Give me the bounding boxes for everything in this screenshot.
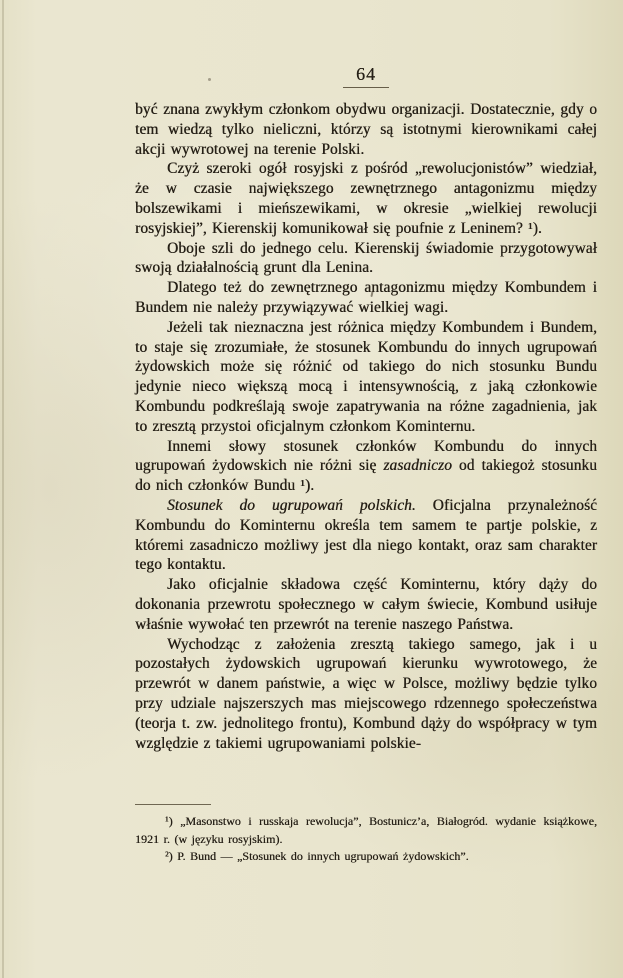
text-run: być znana zwykłym członkom obydwu organi…	[135, 101, 597, 158]
text-run: Wychodząc z założenia zresztą takiego sa…	[135, 636, 597, 752]
footnote: ¹) „Masonstwo i russkaja rewolucja”, Bos…	[135, 813, 597, 848]
paragraph: być znana zwykłym członkom obydwu organi…	[135, 100, 597, 159]
footnotes: ¹) „Masonstwo i russkaja rewolucja”, Bos…	[135, 813, 597, 866]
paragraph: Czyż szeroki ogół rosyjski z pośród „rew…	[135, 159, 597, 238]
text-run: Oboje szli do jednego celu. Kierenskij ś…	[135, 240, 597, 277]
paragraph: Innemi słowy stosunek członków Kombundu …	[135, 437, 597, 496]
page-number: 64	[343, 63, 389, 88]
paragraph: Stosunek do ugrupowań polskich. Oficjaln…	[135, 496, 597, 575]
scanned-book-page: 64 być znana zwykłym członkom obydwu org…	[0, 0, 623, 978]
footnote: ²) P. Bund — „Stosunek do innych ugrupow…	[135, 848, 597, 866]
page-edge-shadow	[2, 0, 4, 978]
scan-artifact	[208, 78, 211, 81]
paragraph: Dlatego też do zewnętrznego antagonizmu …	[135, 278, 597, 318]
italic-text-run: zasadniczo	[383, 457, 452, 474]
text-run: Dlatego też do zewnętrznego antagonizmu …	[135, 279, 597, 316]
body-text: być znana zwykłym członkom obydwu organi…	[135, 100, 597, 753]
page-header: 64	[135, 63, 597, 88]
text-run: Czyż szeroki ogół rosyjski z pośród „rew…	[135, 160, 597, 236]
text-run: Jeżeli tak nieznaczna jest różnica międz…	[135, 319, 597, 435]
text-run: Jako oficjalnie składowa część Komintern…	[135, 576, 597, 633]
italic-text-run: Stosunek do ugrupowań polskich.	[167, 497, 416, 514]
paragraph: Wychodząc z założenia zresztą takiego sa…	[135, 635, 597, 754]
paragraph: Oboje szli do jednego celu. Kierenskij ś…	[135, 239, 597, 279]
footnote-separator	[135, 804, 211, 805]
paragraph: Jako oficjalnie składowa część Komintern…	[135, 575, 597, 634]
paragraph: Jeżeli tak nieznaczna jest różnica międz…	[135, 318, 597, 437]
